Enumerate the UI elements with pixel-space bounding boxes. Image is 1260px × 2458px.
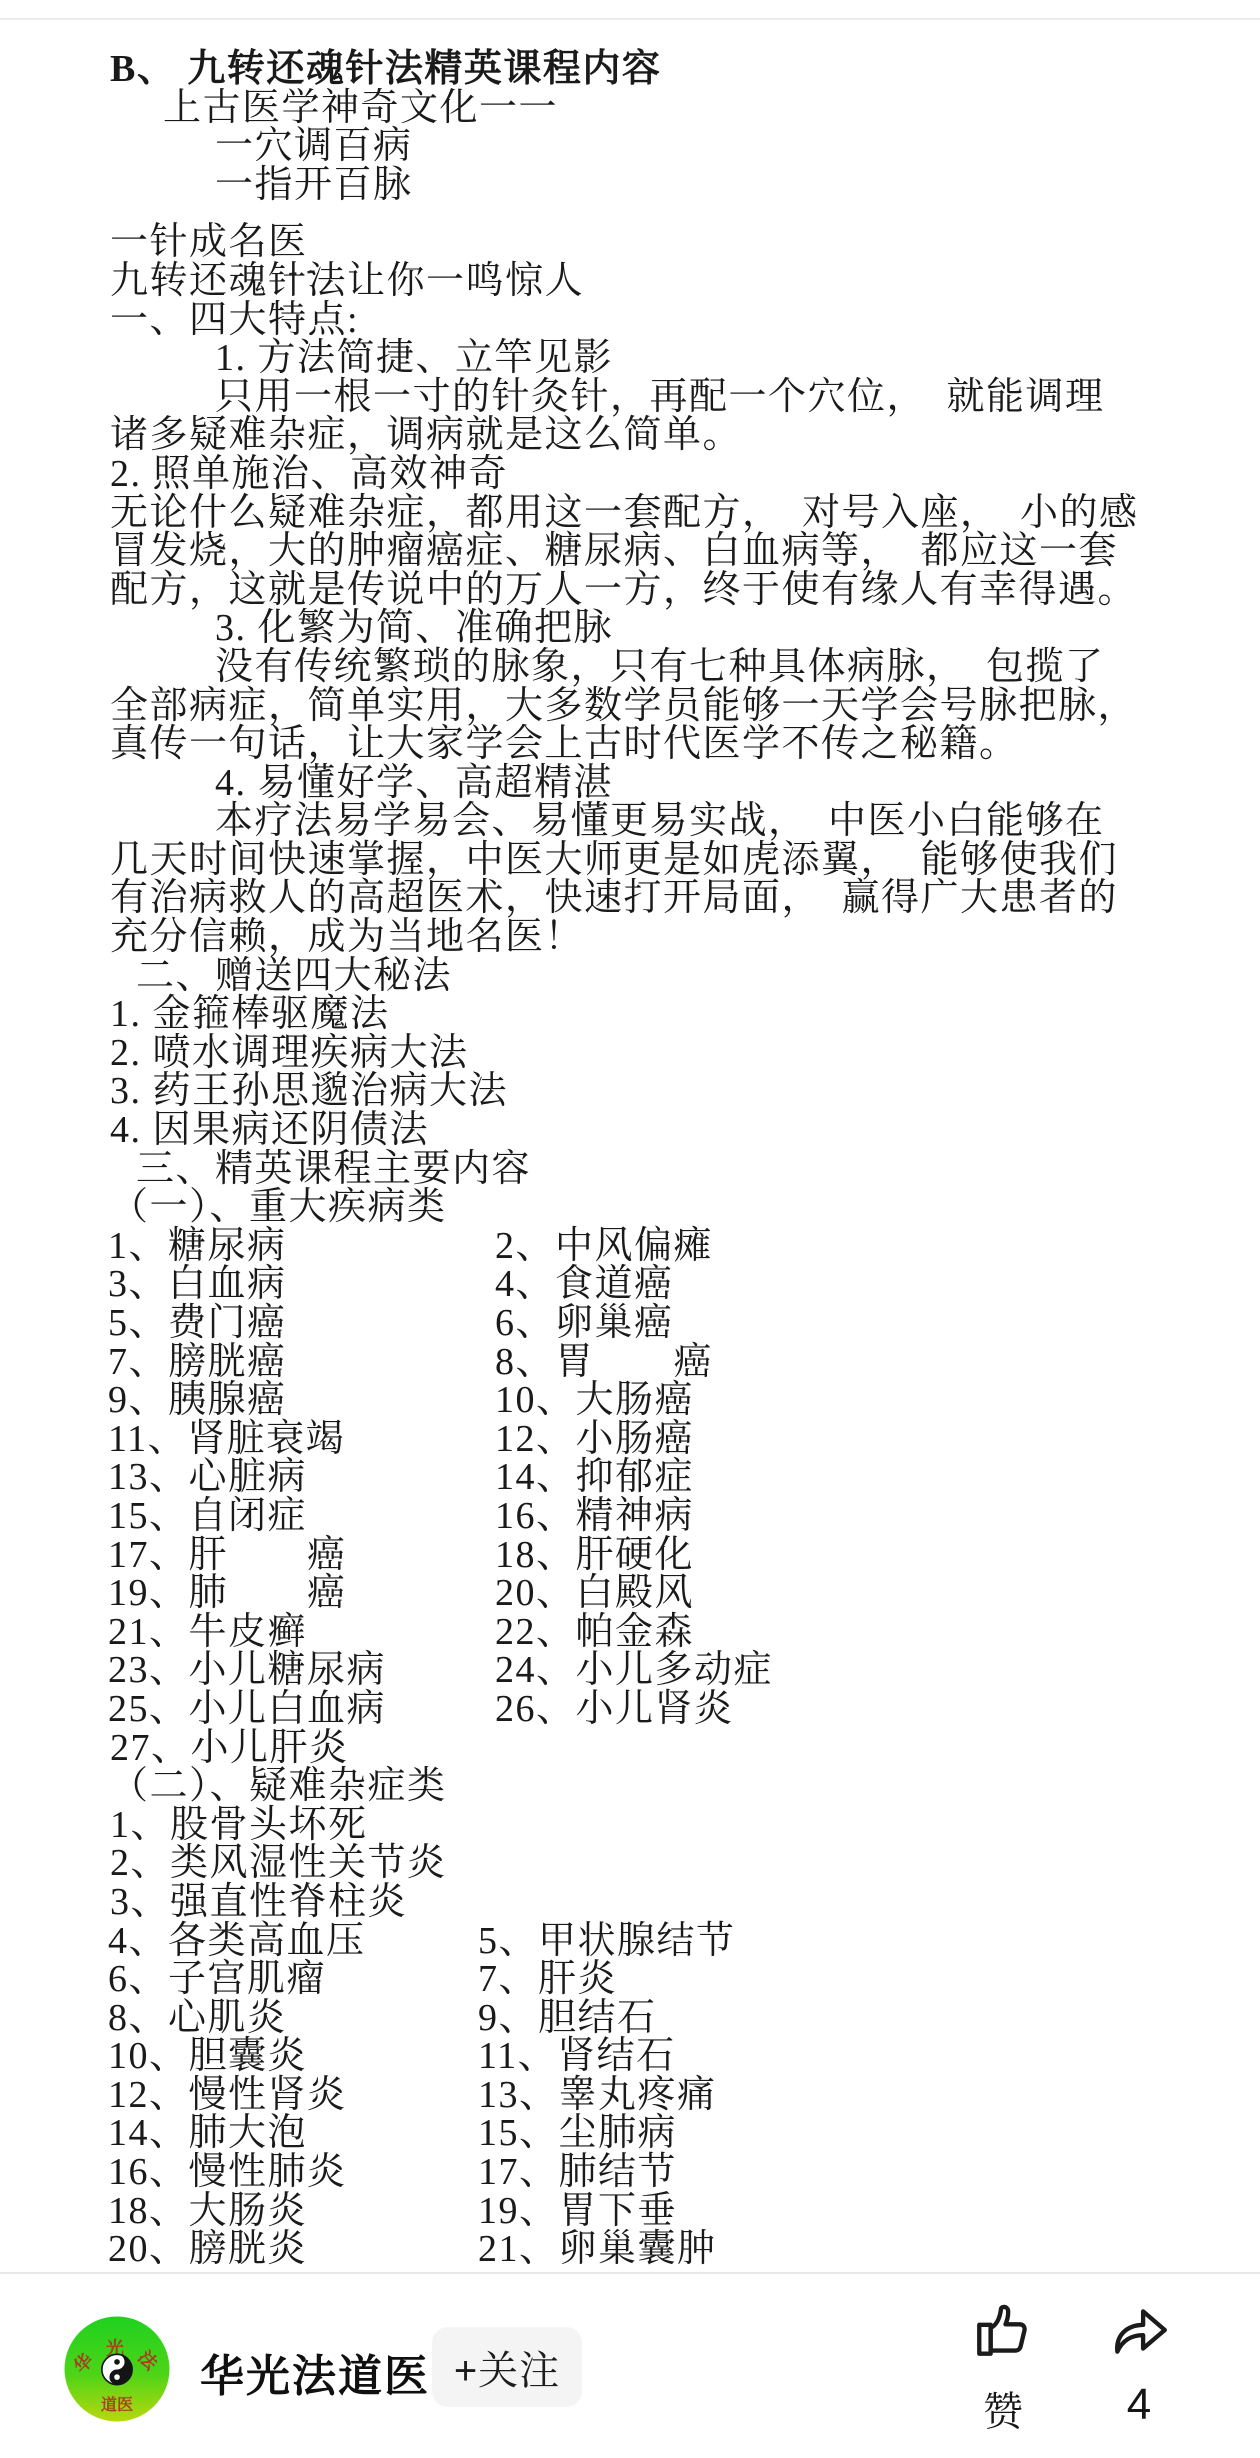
doc-line: 4、各类高血压5、甲状腺结节 [0, 1922, 1260, 1961]
doc-line: 14、肺大泡15、尘肺病 [0, 2114, 1260, 2153]
doc-line: （二）、疑难杂症类 [0, 1767, 1260, 1806]
share-count: 4 [1084, 2380, 1194, 2430]
doc-line: 6、子宫肌瘤7、肝炎 [0, 1960, 1260, 1999]
doc-line: 二、赠送四大秘法 [0, 957, 1260, 996]
doc-line: 11、肾脏衰竭12、小肠癌 [0, 1420, 1260, 1459]
list-item: 17、肺结节 [478, 2153, 677, 2192]
doc-line: 16、慢性肺炎17、肺结节 [0, 2153, 1260, 2192]
doc-line: 1. 金箍棒驱魔法 [0, 995, 1260, 1034]
like-label: 赞 [948, 2380, 1058, 2437]
doc-line: 1. 方法简捷、立竿见影 [0, 339, 1260, 378]
doc-line: （一）、重大疾病类 [0, 1188, 1260, 1227]
doc-line: 18、大肠炎19、胃下垂 [0, 2192, 1260, 2231]
list-item: 13、睾丸疼痛 [478, 2076, 717, 2115]
doc-line: 本疗法易学易会、易懂更易实战， 中医小白能够在 [0, 802, 1260, 841]
doc-line: B、 九转还魂针法精英课程内容 [0, 50, 1260, 89]
page-top-divider [0, 18, 1260, 20]
post-document: -- B、 九转还魂针法精英课程内容上古医学神奇文化一一一穴调百病一指开百脉一针… [0, 50, 1260, 2269]
doc-line: 21、牛皮癣22、帕金森 [0, 1613, 1260, 1652]
doc-line: 三、精英课程主要内容 [0, 1150, 1260, 1189]
share-arrow-icon [1106, 2298, 1172, 2364]
list-item: 1、糖尿病 [108, 1225, 287, 1267]
list-item: 23、小儿糖尿病 [108, 1649, 386, 1691]
doc-line: 15、自闭症16、精神病 [0, 1497, 1260, 1536]
list-item: 10、大肠癌 [495, 1381, 694, 1420]
list-item: 5、甲状腺结节 [478, 1922, 736, 1961]
list-item: 13、心脏病 [108, 1456, 307, 1498]
doc-line: 2. 照单施治、高效神奇 [0, 455, 1260, 494]
share-button[interactable]: 4 [1084, 2298, 1194, 2430]
list-item: 25、小儿白血病 [108, 1688, 386, 1730]
avatar[interactable]: 华 光 法 道医 [64, 2316, 170, 2422]
list-item: 24、小儿多动症 [495, 1651, 773, 1690]
doc-line: 7、膀胱癌8、胃 癌 [0, 1343, 1260, 1382]
avatar-bottom-text: 道医 [101, 2395, 133, 2414]
list-item: 20、膀胱炎 [108, 2228, 307, 2270]
list-item: 8、心肌炎 [108, 1997, 287, 2039]
list-item: 6、子宫肌瘤 [108, 1958, 326, 2000]
doc-line: 19、肺 癌20、白殿风 [0, 1574, 1260, 1613]
yin-yang-icon [102, 2354, 132, 2384]
follow-button[interactable]: +关注 [432, 2327, 582, 2407]
doc-line: 有治病救人的高超医术，快速打开局面， 赢得广大患者的 [0, 879, 1260, 918]
doc-line: 12、慢性肾炎13、睾丸疼痛 [0, 2076, 1260, 2115]
doc-line: 全部病症，简单实用，大多数学员能够一天学会号脉把脉， [0, 687, 1260, 726]
doc-line: 没有传统繁琐的脉象，只有七种具体病脉， 包揽了 [0, 648, 1260, 687]
doc-line: 一穴调百病 [0, 127, 1260, 166]
list-item: 10、胆囊炎 [108, 2035, 307, 2077]
list-item: 16、精神病 [495, 1497, 694, 1536]
list-item: 16、慢性肺炎 [108, 2151, 347, 2193]
doc-line: 2、类风湿性关节炎 [0, 1844, 1260, 1883]
doc-line: 23、小儿糖尿病24、小儿多动症 [0, 1651, 1260, 1690]
doc-line: 9、胰腺癌10、大肠癌 [0, 1381, 1260, 1420]
list-item: 14、肺大泡 [108, 2112, 307, 2154]
doc-line: 一、四大特点: [0, 301, 1260, 340]
list-item: 19、胃下垂 [478, 2192, 677, 2231]
list-item: 20、白殿风 [495, 1574, 694, 1613]
doc-line: 3、强直性脊柱炎 [0, 1883, 1260, 1922]
doc-line: 8、心肌炎9、胆结石 [0, 1999, 1260, 2038]
list-item: 15、自闭症 [108, 1495, 307, 1537]
list-item: 12、小肠癌 [495, 1420, 694, 1459]
list-item: 21、卵巢囊肿 [478, 2230, 717, 2269]
list-item: 6、卵巢癌 [495, 1304, 674, 1343]
doc-line: 17、肝 癌18、肝硬化 [0, 1536, 1260, 1575]
doc-line: 真传一句话，让大家学会上古时代医学不传之秘籍。 [0, 725, 1260, 764]
list-item: 11、肾脏衰竭 [108, 1418, 345, 1460]
list-item: 14、抑郁症 [495, 1458, 694, 1497]
thumbs-up-icon [970, 2298, 1036, 2364]
doc-line: 10、胆囊炎11、肾结石 [0, 2037, 1260, 2076]
doc-line: 27、小儿肝炎 [0, 1729, 1260, 1768]
doc-line: 2. 喷水调理疾病大法 [0, 1034, 1260, 1073]
list-item: 17、肝 癌 [108, 1534, 347, 1576]
doc-line: 一针成名医 [0, 223, 1260, 262]
doc-line: 4. 因果病还阴债法 [0, 1111, 1260, 1150]
list-item: 22、帕金森 [495, 1613, 694, 1652]
list-item: 7、肝炎 [478, 1960, 617, 1999]
list-item: 15、尘肺病 [478, 2114, 677, 2153]
list-item: 21、牛皮癣 [108, 1611, 307, 1653]
doc-line: 只用一根一寸的针灸针，再配一个穴位， 就能调理 [0, 378, 1260, 417]
doc-line: 13、心脏病14、抑郁症 [0, 1458, 1260, 1497]
list-item: 4、食道癌 [495, 1265, 674, 1304]
list-item: 8、胃 癌 [495, 1343, 713, 1382]
list-item: 2、中风偏瘫 [495, 1227, 713, 1266]
doc-line: 1、股骨头坏死 [0, 1806, 1260, 1845]
list-item: 26、小儿肾炎 [495, 1690, 734, 1729]
doc-line: 3. 化繁为简、准确把脉 [0, 609, 1260, 648]
doc-line: 上古医学神奇文化一一 [0, 89, 1260, 128]
list-item: 12、慢性肾炎 [108, 2074, 347, 2116]
list-item: 9、胆结石 [478, 1999, 657, 2038]
list-item: 18、大肠炎 [108, 2190, 307, 2232]
doc-line: 诸多疑难杂症，调病就是这么简单。 [0, 416, 1260, 455]
doc-line: 3、白血病4、食道癌 [0, 1265, 1260, 1304]
doc-line: 25、小儿白血病26、小儿肾炎 [0, 1690, 1260, 1729]
list-item: 18、肝硬化 [495, 1536, 694, 1575]
list-item: 3、白血病 [108, 1263, 287, 1305]
list-item: 5、费门癌 [108, 1302, 287, 1344]
doc-line: 1、糖尿病2、中风偏瘫 [0, 1227, 1260, 1266]
doc-line: 一指开百脉 [0, 166, 1260, 205]
doc-line: 充分信赖，成为当地名医！ [0, 918, 1260, 957]
doc-line: 无论什么疑难杂症，都用这一套配方， 对号入座， 小的感 [0, 494, 1260, 533]
doc-line: 几天时间快速掌握，中医大师更是如虎添翼， 能够使我们 [0, 841, 1260, 880]
doc-line: 20、膀胱炎21、卵巢囊肿 [0, 2230, 1260, 2269]
list-item: 9、胰腺癌 [108, 1379, 287, 1421]
username[interactable]: 华光法道医 [200, 2340, 430, 2404]
doc-line: 4. 易懂好学、高超精湛 [0, 764, 1260, 803]
list-item: 4、各类高血压 [108, 1920, 366, 1962]
doc-line: 5、费门癌6、卵巢癌 [0, 1304, 1260, 1343]
list-item: 19、肺 癌 [108, 1572, 347, 1614]
doc-line: 九转还魂针法让你一鸣惊人 [0, 262, 1260, 301]
doc-line: 冒发烧，大的肿瘤癌症、糖尿病、白血病等， 都应这一套 [0, 532, 1260, 571]
like-button[interactable]: 赞 [948, 2298, 1058, 2437]
doc-line: 3. 药王孙思邈治病大法 [0, 1072, 1260, 1111]
footer-bar [0, 2274, 1260, 2458]
list-item: 7、膀胱癌 [108, 1341, 287, 1383]
doc-line: 配方，这就是传说中的万人一方，终于使有缘人有幸得遇。 [0, 571, 1260, 610]
list-item: 11、肾结石 [478, 2037, 676, 2076]
